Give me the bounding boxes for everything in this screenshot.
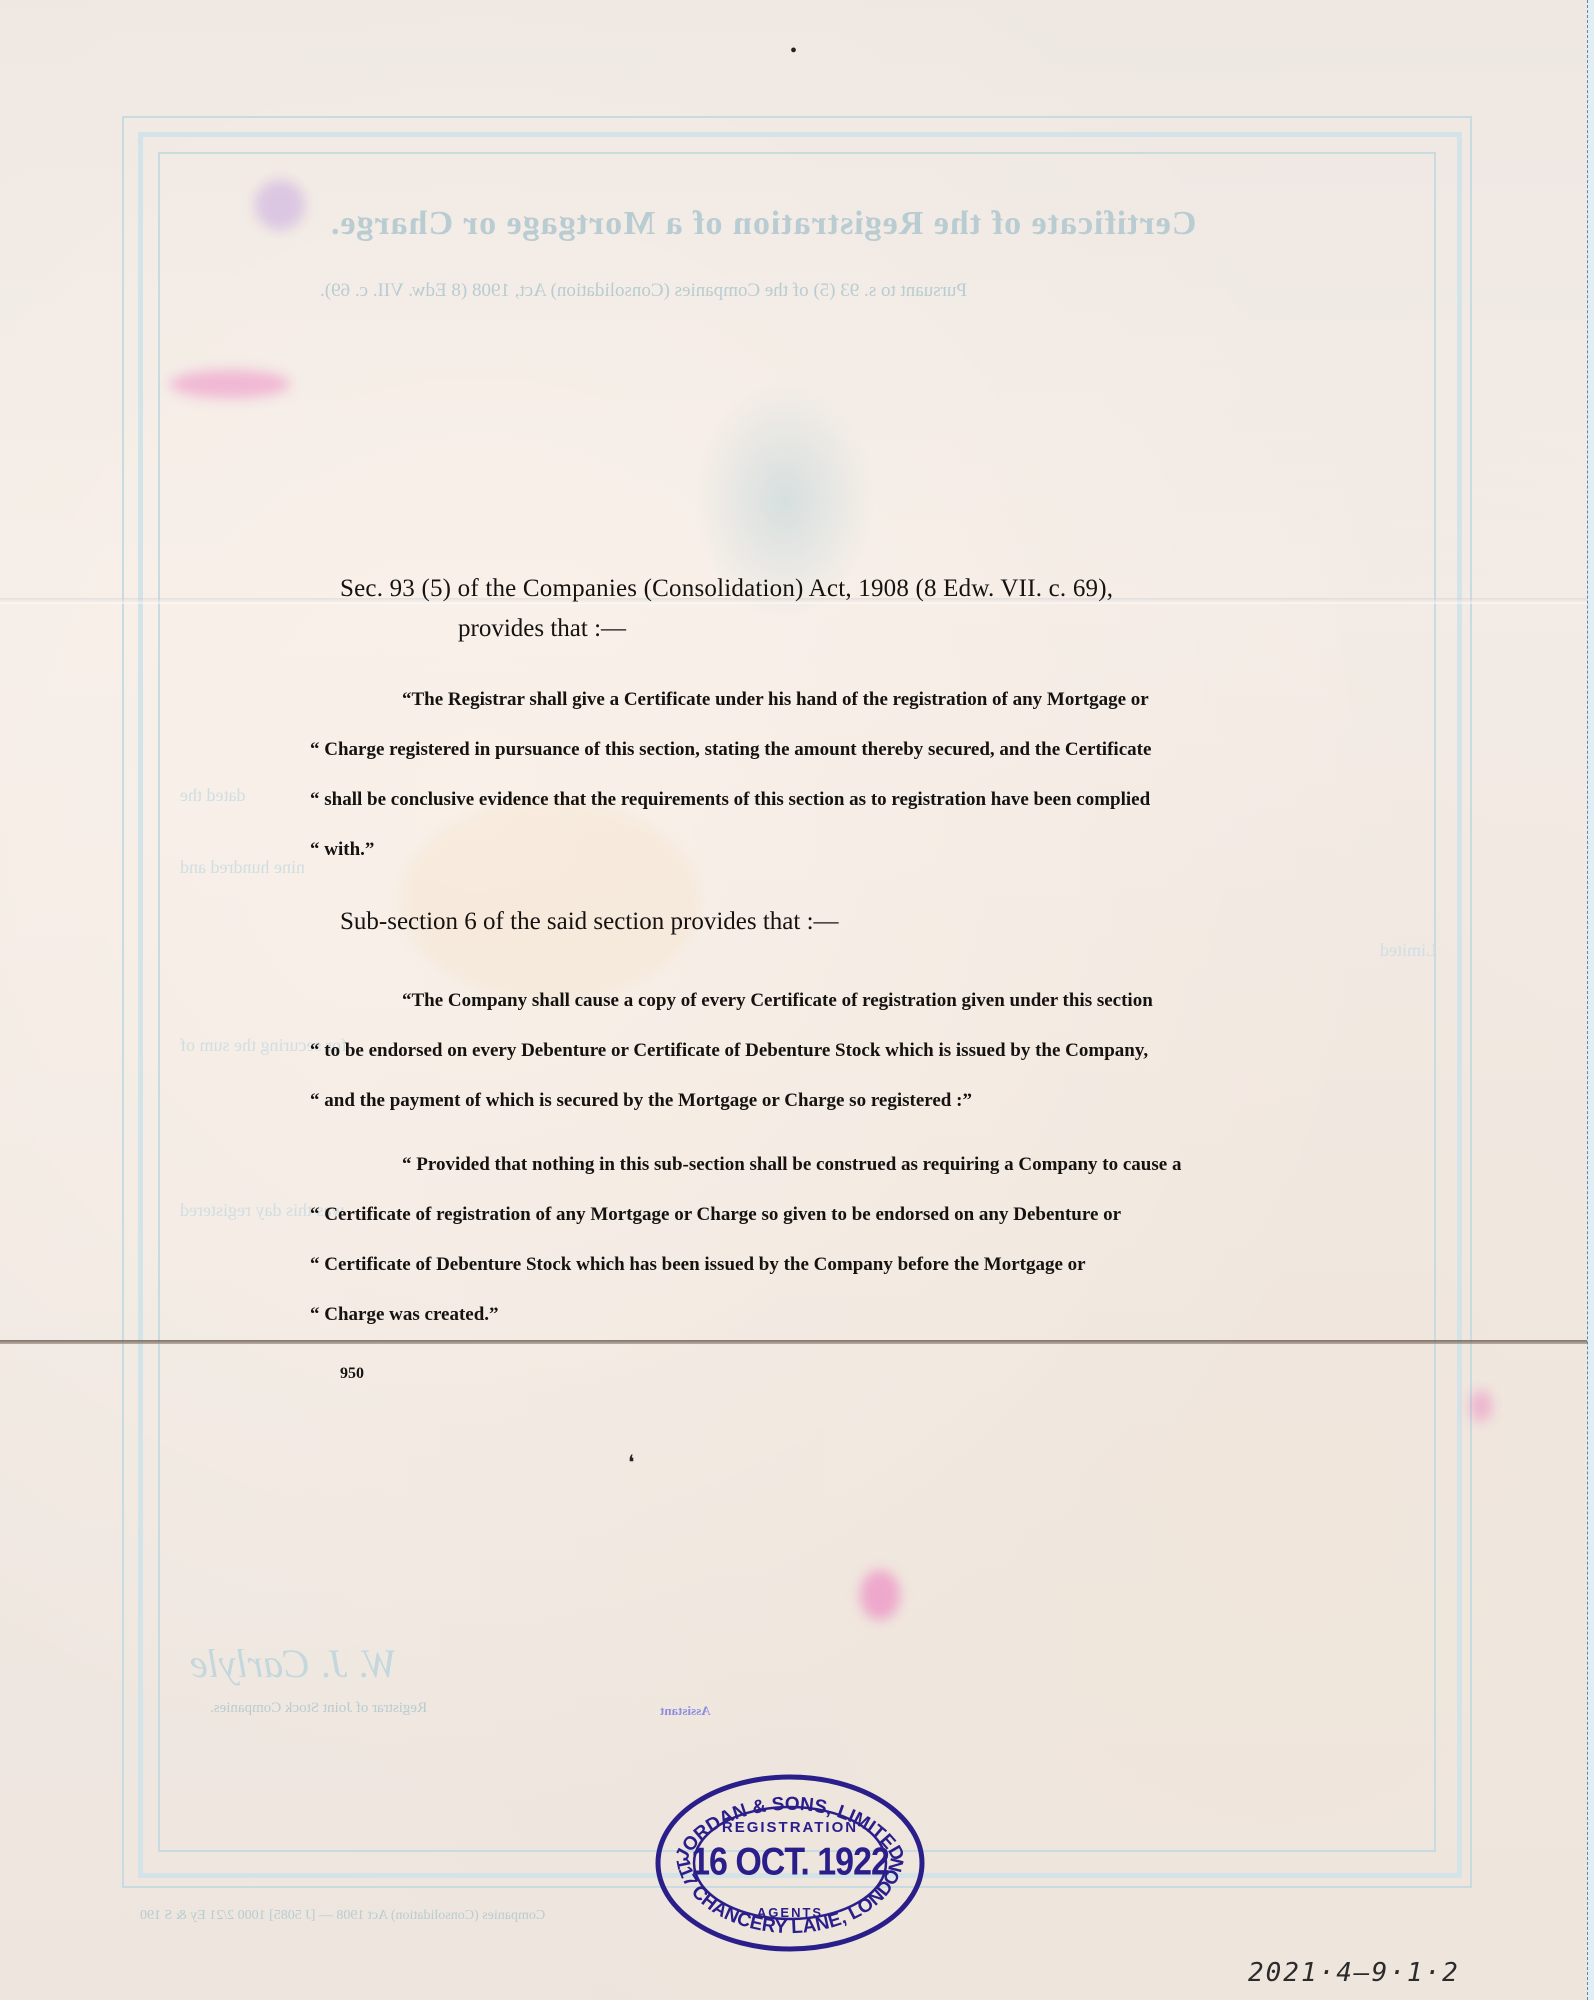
act-heading-continued: provides that :— xyxy=(458,615,626,643)
ink-mark: ❛ xyxy=(628,1450,634,1475)
quote-text: “The Registrar shall give a Certificate … xyxy=(402,675,1149,725)
quote-text: “ Charge registered in pursuance of this… xyxy=(310,725,1151,775)
show-through-line: nine hundred and xyxy=(180,857,305,878)
registrar-quote: “The Registrar shall give a Certificate … xyxy=(310,675,1336,875)
show-through-registrar-caption: Registrar of Joint Stock Companies. xyxy=(210,1700,427,1717)
quote-text: “ with.” xyxy=(310,825,374,875)
quote-text: “ Certificate of registration of any Mor… xyxy=(310,1190,1121,1240)
quote-text: “ to be endorsed on every Debenture or C… xyxy=(310,1026,1148,1076)
stamp-date: 16 OCT. 1922 xyxy=(654,1840,926,1885)
show-through-subtitle: Pursuant to s. 93 (5) of the Companies (… xyxy=(320,280,967,302)
quote-line: “ with.” xyxy=(310,825,1336,875)
quote-text: “ and the payment of which is secured by… xyxy=(310,1076,972,1126)
quote-line: “ Certificate of registration of any Mor… xyxy=(310,1190,1336,1240)
quote-text: “ shall be conclusive evidence that the … xyxy=(310,775,1150,825)
archive-number: 2021·4–9·1·2 xyxy=(1248,1958,1460,1988)
show-through-signature: W. J. Carlyle xyxy=(190,1640,397,1687)
subsection-heading: Sub-section 6 of the said section provid… xyxy=(340,908,839,936)
scan-edge xyxy=(1587,0,1594,2000)
show-through-assistant-stamp: Assistant xyxy=(660,1703,711,1719)
ink-smudge xyxy=(860,1570,900,1620)
stamp-registration-label: REGISTRATION xyxy=(654,1819,926,1836)
show-through-line: Limited xyxy=(1380,940,1437,961)
company-quote: “The Company shall cause a copy of every… xyxy=(310,976,1336,1126)
act-heading: Sec. 93 (5) of the Companies (Consolidat… xyxy=(340,575,1113,603)
quote-line: “ and the payment of which is secured by… xyxy=(310,1076,1336,1126)
ink-smudge xyxy=(255,180,305,230)
quote-line: “ Certificate of Debenture Stock which h… xyxy=(310,1240,1336,1290)
registration-stamp: JORDAN & SONS, LIMITED 117 CHANCERY LANE… xyxy=(654,1773,926,1953)
paper-fold-crease xyxy=(0,1340,1594,1344)
ink-smudge xyxy=(170,370,290,398)
quote-text: “ Charge was created.” xyxy=(310,1290,499,1340)
quote-line: “The Registrar shall give a Certificate … xyxy=(310,675,1336,725)
quote-line: “ Charge registered in pursuance of this… xyxy=(310,725,1336,775)
show-through-title: Certificate of the Registration of a Mor… xyxy=(330,205,1196,243)
ink-mark: • xyxy=(790,40,797,63)
page-number: 950 xyxy=(340,1365,364,1383)
quote-text: “ Certificate of Debenture Stock which h… xyxy=(310,1240,1086,1290)
ink-smudge xyxy=(1470,1390,1492,1422)
show-through-line: dated the xyxy=(180,785,245,806)
quote-line: “ to be endorsed on every Debenture or C… xyxy=(310,1026,1336,1076)
proviso-quote: “ Provided that nothing in this sub-sect… xyxy=(310,1140,1336,1340)
quote-line: “ Provided that nothing in this sub-sect… xyxy=(310,1140,1336,1190)
show-through-footer: Companies (Consolidation) Act 1908 — [J … xyxy=(140,1908,545,1924)
quote-text: “ Provided that nothing in this sub-sect… xyxy=(402,1140,1181,1190)
quote-text: “The Company shall cause a copy of every… xyxy=(402,976,1153,1026)
quote-line: “ Charge was created.” xyxy=(310,1290,1336,1340)
quote-line: “The Company shall cause a copy of every… xyxy=(310,976,1336,1026)
stamp-agents-label: AGENTS xyxy=(654,1905,926,1920)
quote-line: “ shall be conclusive evidence that the … xyxy=(310,775,1336,825)
